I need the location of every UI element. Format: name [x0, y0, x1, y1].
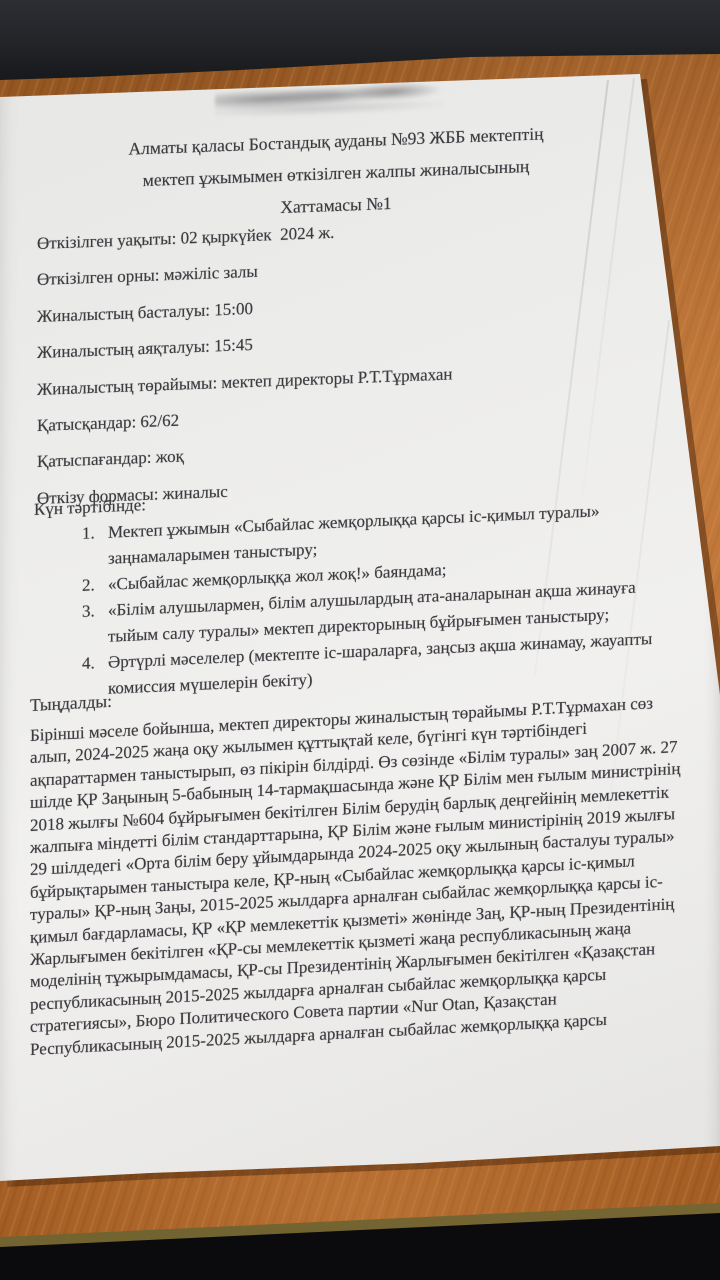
pencil-smudge [215, 80, 445, 120]
document-title: Алматы қаласы Бостандық ауданы №93 ЖББ м… [118, 117, 554, 229]
paper-crease [582, 78, 635, 495]
heard-section: Тыңдалды: Бірінші мәселе бойынша, мектеп… [30, 659, 687, 1062]
heard-paragraph: Бірінші мәселе бойынша, мектеп директоры… [30, 691, 687, 1062]
meeting-info: Өткізілген уақыты: 02 қыркүйек 2024 ж. Ө… [37, 210, 453, 517]
photo-scene: Алматы қаласы Бостандық ауданы №93 ЖББ м… [0, 0, 720, 1280]
